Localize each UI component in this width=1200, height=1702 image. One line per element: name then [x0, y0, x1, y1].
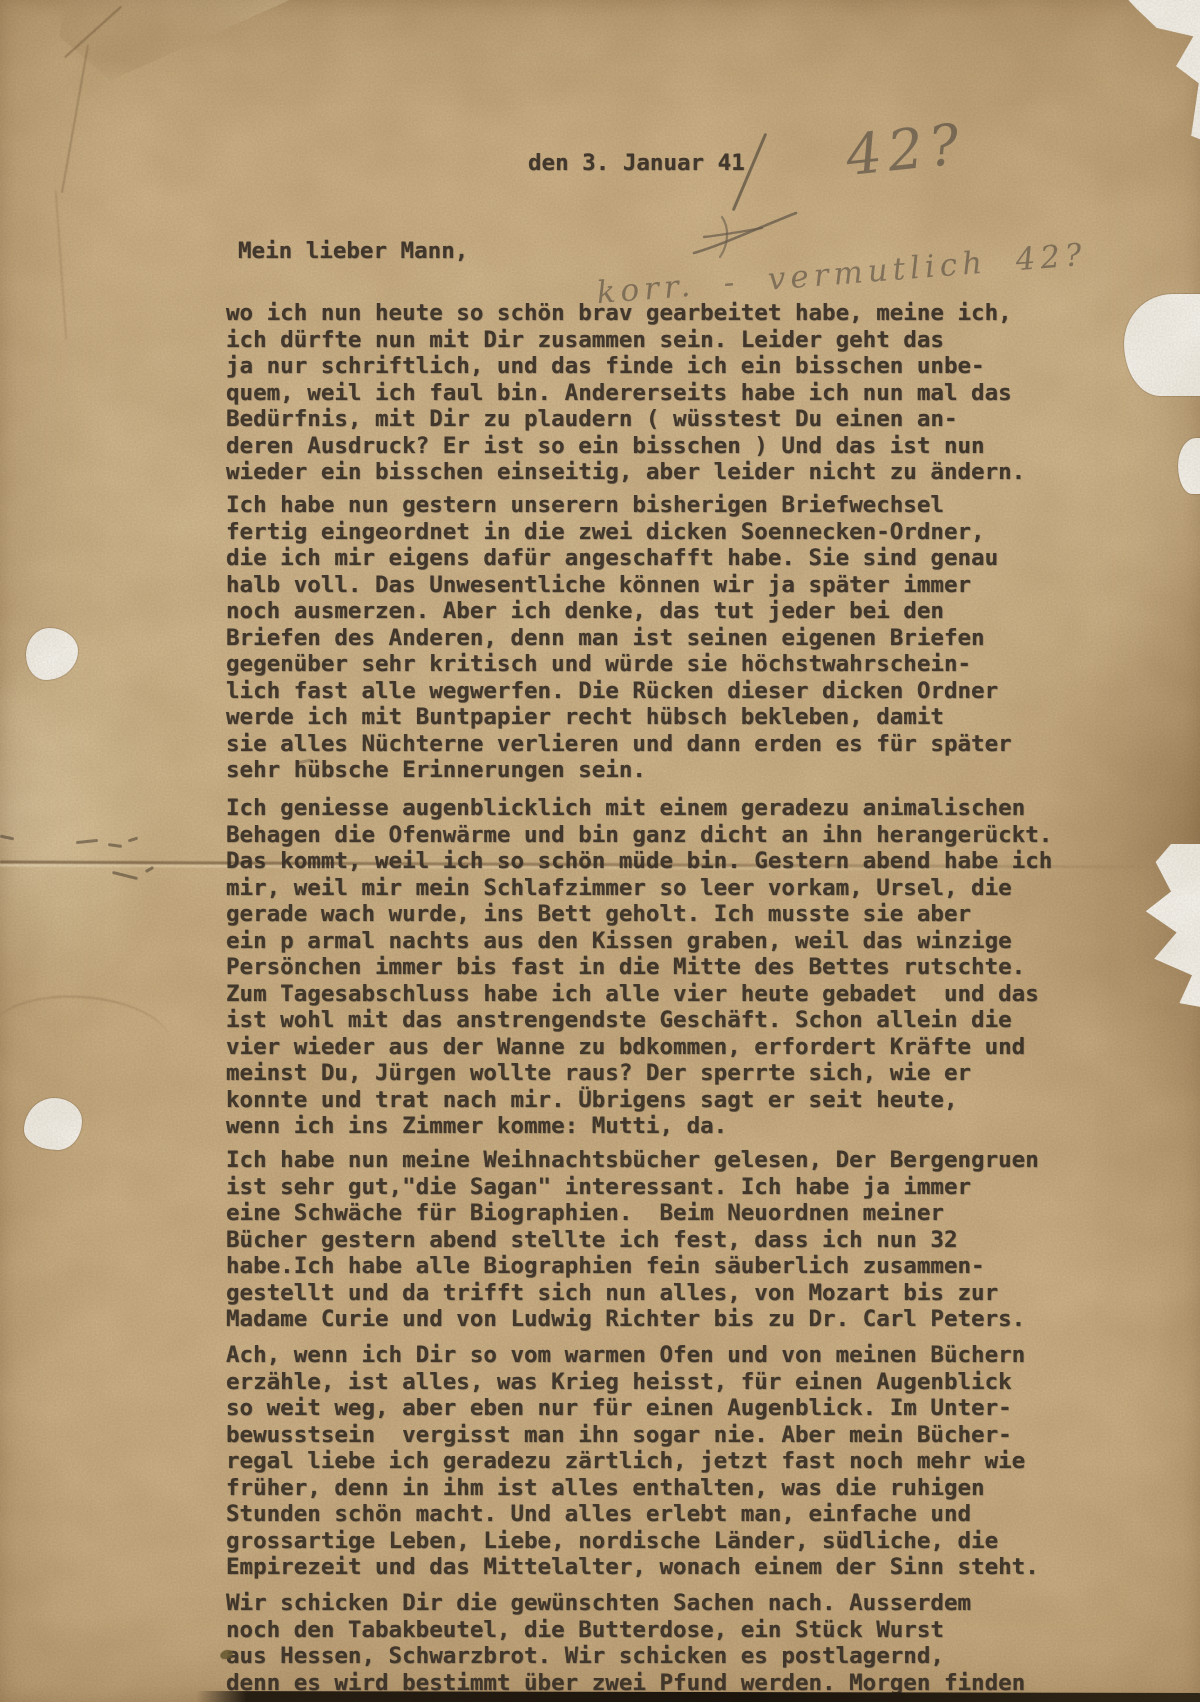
letter-paragraph: Ach, wenn ich Dir so vom warmen Ofen und… — [226, 1342, 1039, 1581]
letter-paragraph: Wir schicken Dir die gewünschten Sachen … — [226, 1590, 1025, 1696]
scan-bottom-edge — [196, 1691, 1200, 1702]
pencil-cross-mark — [688, 203, 804, 267]
date-line: den 3. Januar 41 — [528, 150, 745, 177]
handwritten-year-annotation: 42? — [843, 112, 968, 189]
letter-paragraph: Ich habe nun gestern unserern bisherigen… — [226, 492, 1012, 784]
torn-hole-left — [24, 1098, 82, 1150]
letter-paragraph: Ich habe nun meine Weihnachtsbücher gele… — [226, 1147, 1039, 1333]
salutation: Mein lieber Mann, — [238, 238, 468, 265]
scanned-letter: den 3. Januar 41 Mein lieber Mann, wo ic… — [0, 0, 1200, 1702]
letter-paragraph: Ich geniesse augenblicklich mit einem ge… — [226, 795, 1052, 1140]
letter-paragraph: wo ich nun heute so schön brav gearbeite… — [226, 300, 1025, 486]
right-edge-shading — [1030, 560, 1200, 1120]
